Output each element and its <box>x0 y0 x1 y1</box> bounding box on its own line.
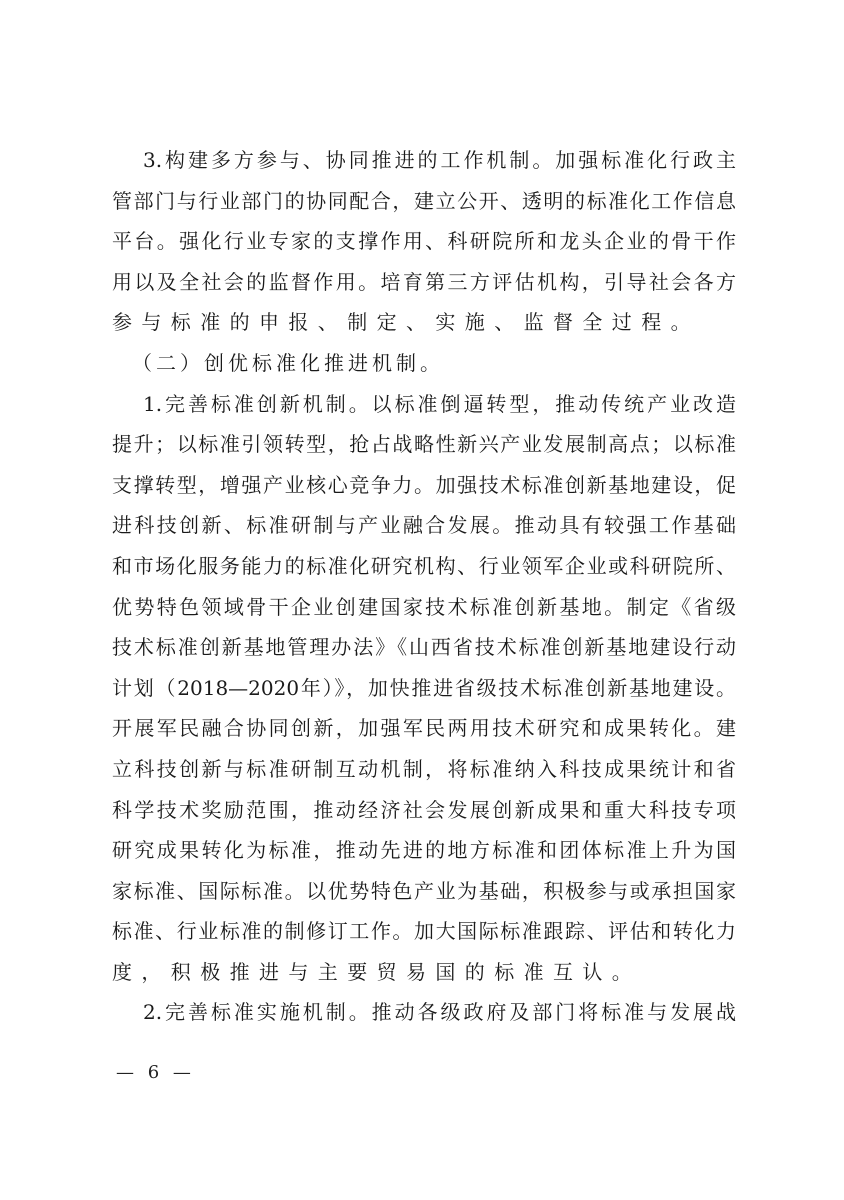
paragraph-item-3-line: 参与标准的申报、制定、实施、监督全过程。 <box>112 302 736 343</box>
paragraph-item-1-line: 技术标准创新基地管理办法》《山西省技术标准创新基地建设行动 <box>112 627 736 668</box>
paragraph-item-1-line: 和市场化服务能力的标准化研究机构、行业领军企业或科研院所、 <box>112 546 736 587</box>
paragraph-item-1-line: 度，积极推进与主要贸易国的标准互认。 <box>112 952 736 993</box>
paragraph-item-3-line: 平台。强化行业专家的支撑作用、科研院所和龙头企业的骨干作 <box>112 221 736 262</box>
paragraph-item-1-line: 进科技创新、标准研制与产业融合发展。推动具有较强工作基础 <box>112 505 736 546</box>
paragraph-item-3-line: 管部门与行业部门的协同配合，建立公开、透明的标准化工作信息 <box>112 181 736 222</box>
paragraph-item-1-line: 支撑转型，增强产业核心竞争力。加强技术标准创新基地建设，促 <box>112 465 736 506</box>
paragraph-item-3-line: 用以及全社会的监督作用。培育第三方评估机构，引导社会各方 <box>112 262 736 303</box>
page-number: — 6 — <box>116 1062 195 1083</box>
paragraph-item-1-line: 立科技创新与标准研制互动机制，将标准纳入科技成果统计和省 <box>112 749 736 790</box>
paragraph-item-2-line: 2.完善标准实施机制。推动各级政府及部门将标准与发展战 <box>112 992 736 1033</box>
body-text: 3.构建多方参与、协同推进的工作机制。加强标准化行政主 管部门与行业部门的协同配… <box>112 140 736 1033</box>
paragraph-item-1-line: 优势特色领域骨干企业创建国家技术标准创新基地。制定《省级 <box>112 587 736 628</box>
paragraph-item-1-line: 提升；以标准引领转型，抢占战略性新兴产业发展制高点；以标准 <box>112 424 736 465</box>
paragraph-item-1-line: 开展军民融合协同创新，加强军民两用技术研究和成果转化。建 <box>112 708 736 749</box>
document-page: 3.构建多方参与、协同推进的工作机制。加强标准化行政主 管部门与行业部门的协同配… <box>0 0 844 1200</box>
paragraph-item-1-line: 计划（2018—2020年）》，加快推进省级技术标准创新基地建设。 <box>112 668 736 709</box>
paragraph-item-1-line: 研究成果转化为标准，推动先进的地方标准和团体标准上升为国 <box>112 830 736 871</box>
section-heading: （二）创优标准化推进机制。 <box>112 343 736 384</box>
paragraph-item-1-line: 科学技术奖励范围，推动经济社会发展创新成果和重大科技专项 <box>112 790 736 831</box>
paragraph-item-1-line: 家标准、国际标准。以优势特色产业为基础，积极参与或承担国家 <box>112 871 736 912</box>
paragraph-item-1-line: 1.完善标准创新机制。以标准倒逼转型，推动传统产业改造 <box>112 384 736 425</box>
paragraph-item-1-line: 标准、行业标准的制修订工作。加大国际标准跟踪、评估和转化力 <box>112 911 736 952</box>
paragraph-item-3-line: 3.构建多方参与、协同推进的工作机制。加强标准化行政主 <box>112 140 736 181</box>
